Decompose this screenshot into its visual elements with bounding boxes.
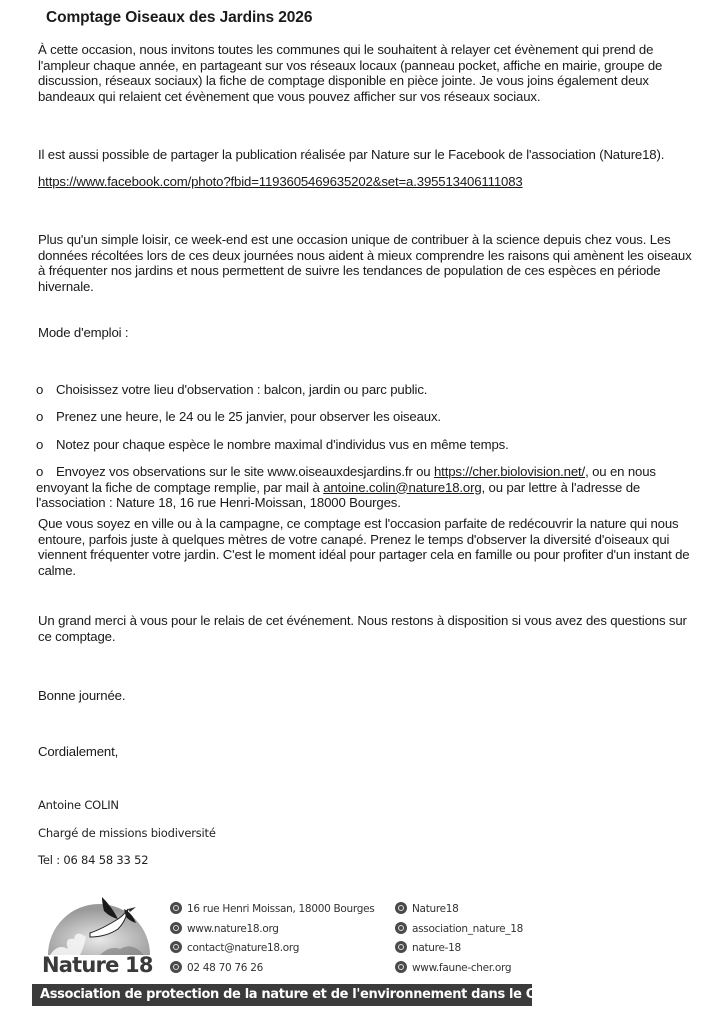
home-icon bbox=[170, 902, 182, 914]
bullet-marker: o bbox=[36, 382, 56, 398]
logo-text: Nature 18 bbox=[42, 953, 153, 977]
instagram-icon bbox=[395, 922, 407, 934]
linkedin-icon bbox=[395, 941, 407, 953]
contact-email[interactable]: contact@nature18.org bbox=[170, 941, 299, 954]
step-text: Prenez une heure, le 24 ou le 25 janvier… bbox=[56, 409, 441, 424]
phone-icon bbox=[170, 961, 182, 973]
page-title: Comptage Oiseaux des Jardins 2026 bbox=[46, 9, 312, 27]
signature-phone: Tel : 06 84 58 33 52 bbox=[38, 853, 148, 867]
tagline-banner: Association de protection de la nature e… bbox=[32, 984, 532, 1006]
facebook-icon bbox=[395, 902, 407, 914]
web-icon bbox=[170, 922, 182, 934]
social-facebook[interactable]: Nature18 bbox=[395, 902, 459, 915]
step-item: oNotez pour chaque espèce le nombre maxi… bbox=[36, 437, 509, 453]
step-text: Choisissez votre lieu d'observation : ba… bbox=[56, 382, 427, 397]
share-paragraph: Il est aussi possible de partager la pub… bbox=[38, 147, 664, 163]
biolovision-link[interactable]: https://cher.biolovision.net/ bbox=[434, 464, 585, 479]
step-text: Envoyez vos observations sur le site www… bbox=[56, 464, 434, 479]
signature-role: Chargé de missions biodiversité bbox=[38, 826, 216, 840]
greeting: Bonne journée. bbox=[38, 688, 125, 704]
faune-icon bbox=[395, 961, 407, 973]
nature-paragraph: Que vous soyez en ville ou à la campagne… bbox=[38, 516, 693, 578]
social-faune[interactable]: www.faune-cher.org bbox=[395, 961, 511, 974]
thanks-paragraph: Un grand merci à vous pour le relais de … bbox=[38, 613, 688, 644]
email-link[interactable]: antoine.colin@nature18.org bbox=[323, 480, 481, 495]
nature18-logo: Nature 18 bbox=[40, 893, 158, 981]
step-text: Notez pour chaque espèce le nombre maxim… bbox=[56, 437, 509, 452]
contact-website[interactable]: www.nature18.org bbox=[170, 922, 279, 935]
science-paragraph: Plus qu'un simple loisir, ce week-end es… bbox=[38, 232, 698, 294]
bullet-marker: o bbox=[36, 409, 56, 425]
social-instagram[interactable]: association_nature_18 bbox=[395, 922, 523, 935]
contact-address: 16 rue Henri Moissan, 18000 Bourges bbox=[170, 902, 374, 915]
intro-paragraph: À cette occasion, nous invitons toutes l… bbox=[38, 42, 698, 104]
closing: Cordialement, bbox=[38, 744, 118, 760]
bullet-marker: o bbox=[36, 464, 56, 480]
step-item: oEnvoyez vos observations sur le site ww… bbox=[36, 464, 686, 511]
facebook-link[interactable]: https://www.facebook.com/photo?fbid=1193… bbox=[38, 174, 523, 190]
mail-icon bbox=[170, 941, 182, 953]
step-item: oPrenez une heure, le 24 ou le 25 janvie… bbox=[36, 409, 441, 425]
signature-name: Antoine COLIN bbox=[38, 798, 119, 812]
mode-heading: Mode d'emploi : bbox=[38, 325, 128, 341]
social-linkedin[interactable]: nature-18 bbox=[395, 941, 461, 954]
contact-phone: 02 48 70 76 26 bbox=[170, 961, 263, 974]
step-item: oChoisissez votre lieu d'observation : b… bbox=[36, 382, 427, 398]
bullet-marker: o bbox=[36, 437, 56, 453]
